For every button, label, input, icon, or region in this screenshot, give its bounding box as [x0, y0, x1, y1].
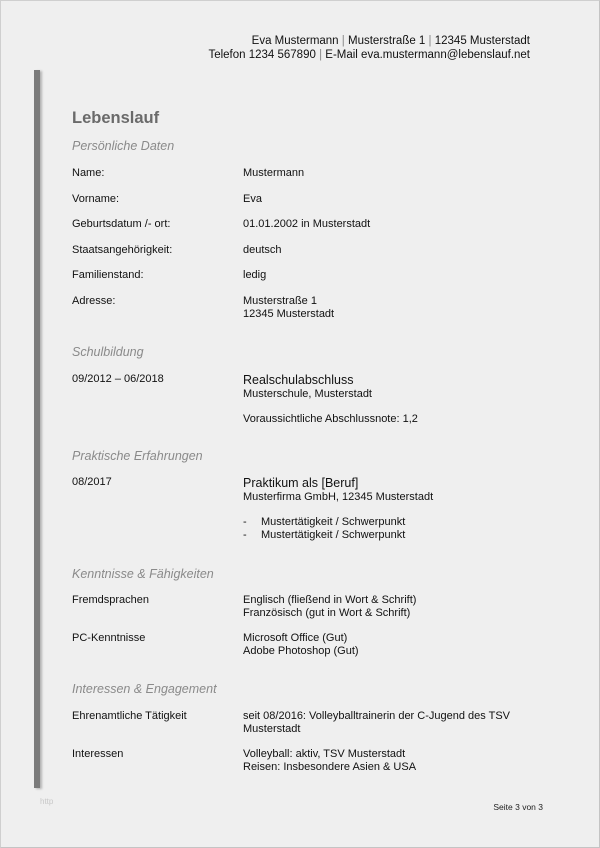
bullet-item: -Mustertätigkeit / Schwerpunkt	[243, 516, 433, 529]
header-phone: Telefon 1234 567890	[208, 49, 315, 61]
row-label: PC-Kenntnisse	[72, 632, 145, 645]
bullet-text: Mustertätigkeit / Schwerpunkt	[261, 529, 405, 541]
bullet-list: -Mustertätigkeit / Schwerpunkt -Mustertä…	[243, 516, 433, 542]
row-value: Microsoft Office (Gut) Adobe Photoshop (…	[243, 632, 359, 658]
address-line: 12345 Musterstadt	[243, 308, 334, 321]
row-value: Eva	[243, 193, 262, 206]
contact-line-2: Telefon 1234 567890 | E-Mail eva.musterm…	[208, 49, 530, 63]
value-line: seit 08/2016: Volleyballtrainerin der C-…	[243, 710, 510, 723]
entry-place: Musterfirma GmbH, 12345 Musterstadt	[243, 491, 433, 504]
separator: |	[319, 49, 322, 61]
row-value: seit 08/2016: Volleyballtrainerin der C-…	[243, 710, 510, 736]
row-label: Adresse:	[72, 295, 115, 308]
page-number: Seite 3 von 3	[493, 802, 543, 812]
value-line: Volleyball: aktiv, TSV Musterstadt	[243, 748, 416, 761]
row-label: Staatsangehörigkeit:	[72, 244, 172, 257]
entry-period: 09/2012 – 06/2018	[72, 373, 164, 386]
page-title: Lebenslauf	[72, 109, 159, 128]
row-label: Fremdsprachen	[72, 594, 149, 607]
entry-heading: Realschulabschluss	[243, 373, 418, 388]
section-title-interests: Interessen & Engagement	[72, 682, 217, 696]
bullet-marker: -	[243, 516, 261, 529]
row-label: Familienstand:	[72, 269, 144, 282]
row-label: Ehrenamtliche Tätigkeit	[72, 710, 187, 723]
bullet-item: -Mustertätigkeit / Schwerpunkt	[243, 529, 433, 542]
row-label: Vorname:	[72, 193, 119, 206]
header-name: Eva Mustermann	[252, 35, 339, 47]
row-label: Interessen	[72, 748, 123, 761]
value-line: Adobe Photoshop (Gut)	[243, 645, 359, 658]
separator: |	[342, 35, 345, 47]
entry-place: Musterschule, Musterstadt	[243, 388, 418, 401]
row-label: Name:	[72, 167, 104, 180]
row-value: Musterstraße 1 12345 Musterstadt	[243, 295, 334, 321]
row-value: deutsch	[243, 244, 282, 257]
address-line: Musterstraße 1	[243, 295, 334, 308]
value-line: Reisen: Insbesondere Asien & USA	[243, 761, 416, 774]
section-title-school: Schulbildung	[72, 345, 144, 359]
row-value: Volleyball: aktiv, TSV Musterstadt Reise…	[243, 748, 416, 774]
entry-heading: Praktikum als [Beruf]	[243, 476, 433, 491]
row-label: Geburtsdatum /- ort:	[72, 218, 170, 231]
value-line: Musterstadt	[243, 723, 510, 736]
row-value: 01.01.2002 in Musterstadt	[243, 218, 370, 231]
row-value: Mustermann	[243, 167, 304, 180]
value-line: Microsoft Office (Gut)	[243, 632, 359, 645]
entry-details: Praktikum als [Beruf] Musterfirma GmbH, …	[243, 476, 433, 542]
header-email: E-Mail eva.mustermann@lebenslauf.net	[325, 49, 530, 61]
bullet-marker: -	[243, 529, 261, 542]
section-title-experience: Praktische Erfahrungen	[72, 449, 203, 463]
row-value: ledig	[243, 269, 266, 282]
header-street: Musterstraße 1	[348, 35, 425, 47]
value-line: Französisch (gut in Wort & Schrift)	[243, 607, 416, 620]
entry-note: Voraussichtliche Abschlussnote: 1,2	[243, 413, 418, 426]
row-value: Englisch (fließend in Wort & Schrift) Fr…	[243, 594, 416, 620]
footer-watermark: http	[40, 797, 53, 806]
section-title-personal: Persönliche Daten	[72, 139, 174, 153]
separator: |	[429, 35, 432, 47]
contact-line-1: Eva Mustermann | Musterstraße 1 | 12345 …	[208, 35, 530, 49]
bullet-text: Mustertätigkeit / Schwerpunkt	[261, 516, 405, 528]
contact-header: Eva Mustermann | Musterstraße 1 | 12345 …	[208, 35, 530, 62]
value-line: Englisch (fließend in Wort & Schrift)	[243, 594, 416, 607]
entry-period: 08/2017	[72, 476, 112, 489]
decorative-side-bar	[34, 70, 40, 788]
header-city: 12345 Musterstadt	[435, 35, 530, 47]
section-title-skills: Kenntnisse & Fähigkeiten	[72, 567, 214, 581]
entry-details: Realschulabschluss Musterschule, Musters…	[243, 373, 418, 426]
